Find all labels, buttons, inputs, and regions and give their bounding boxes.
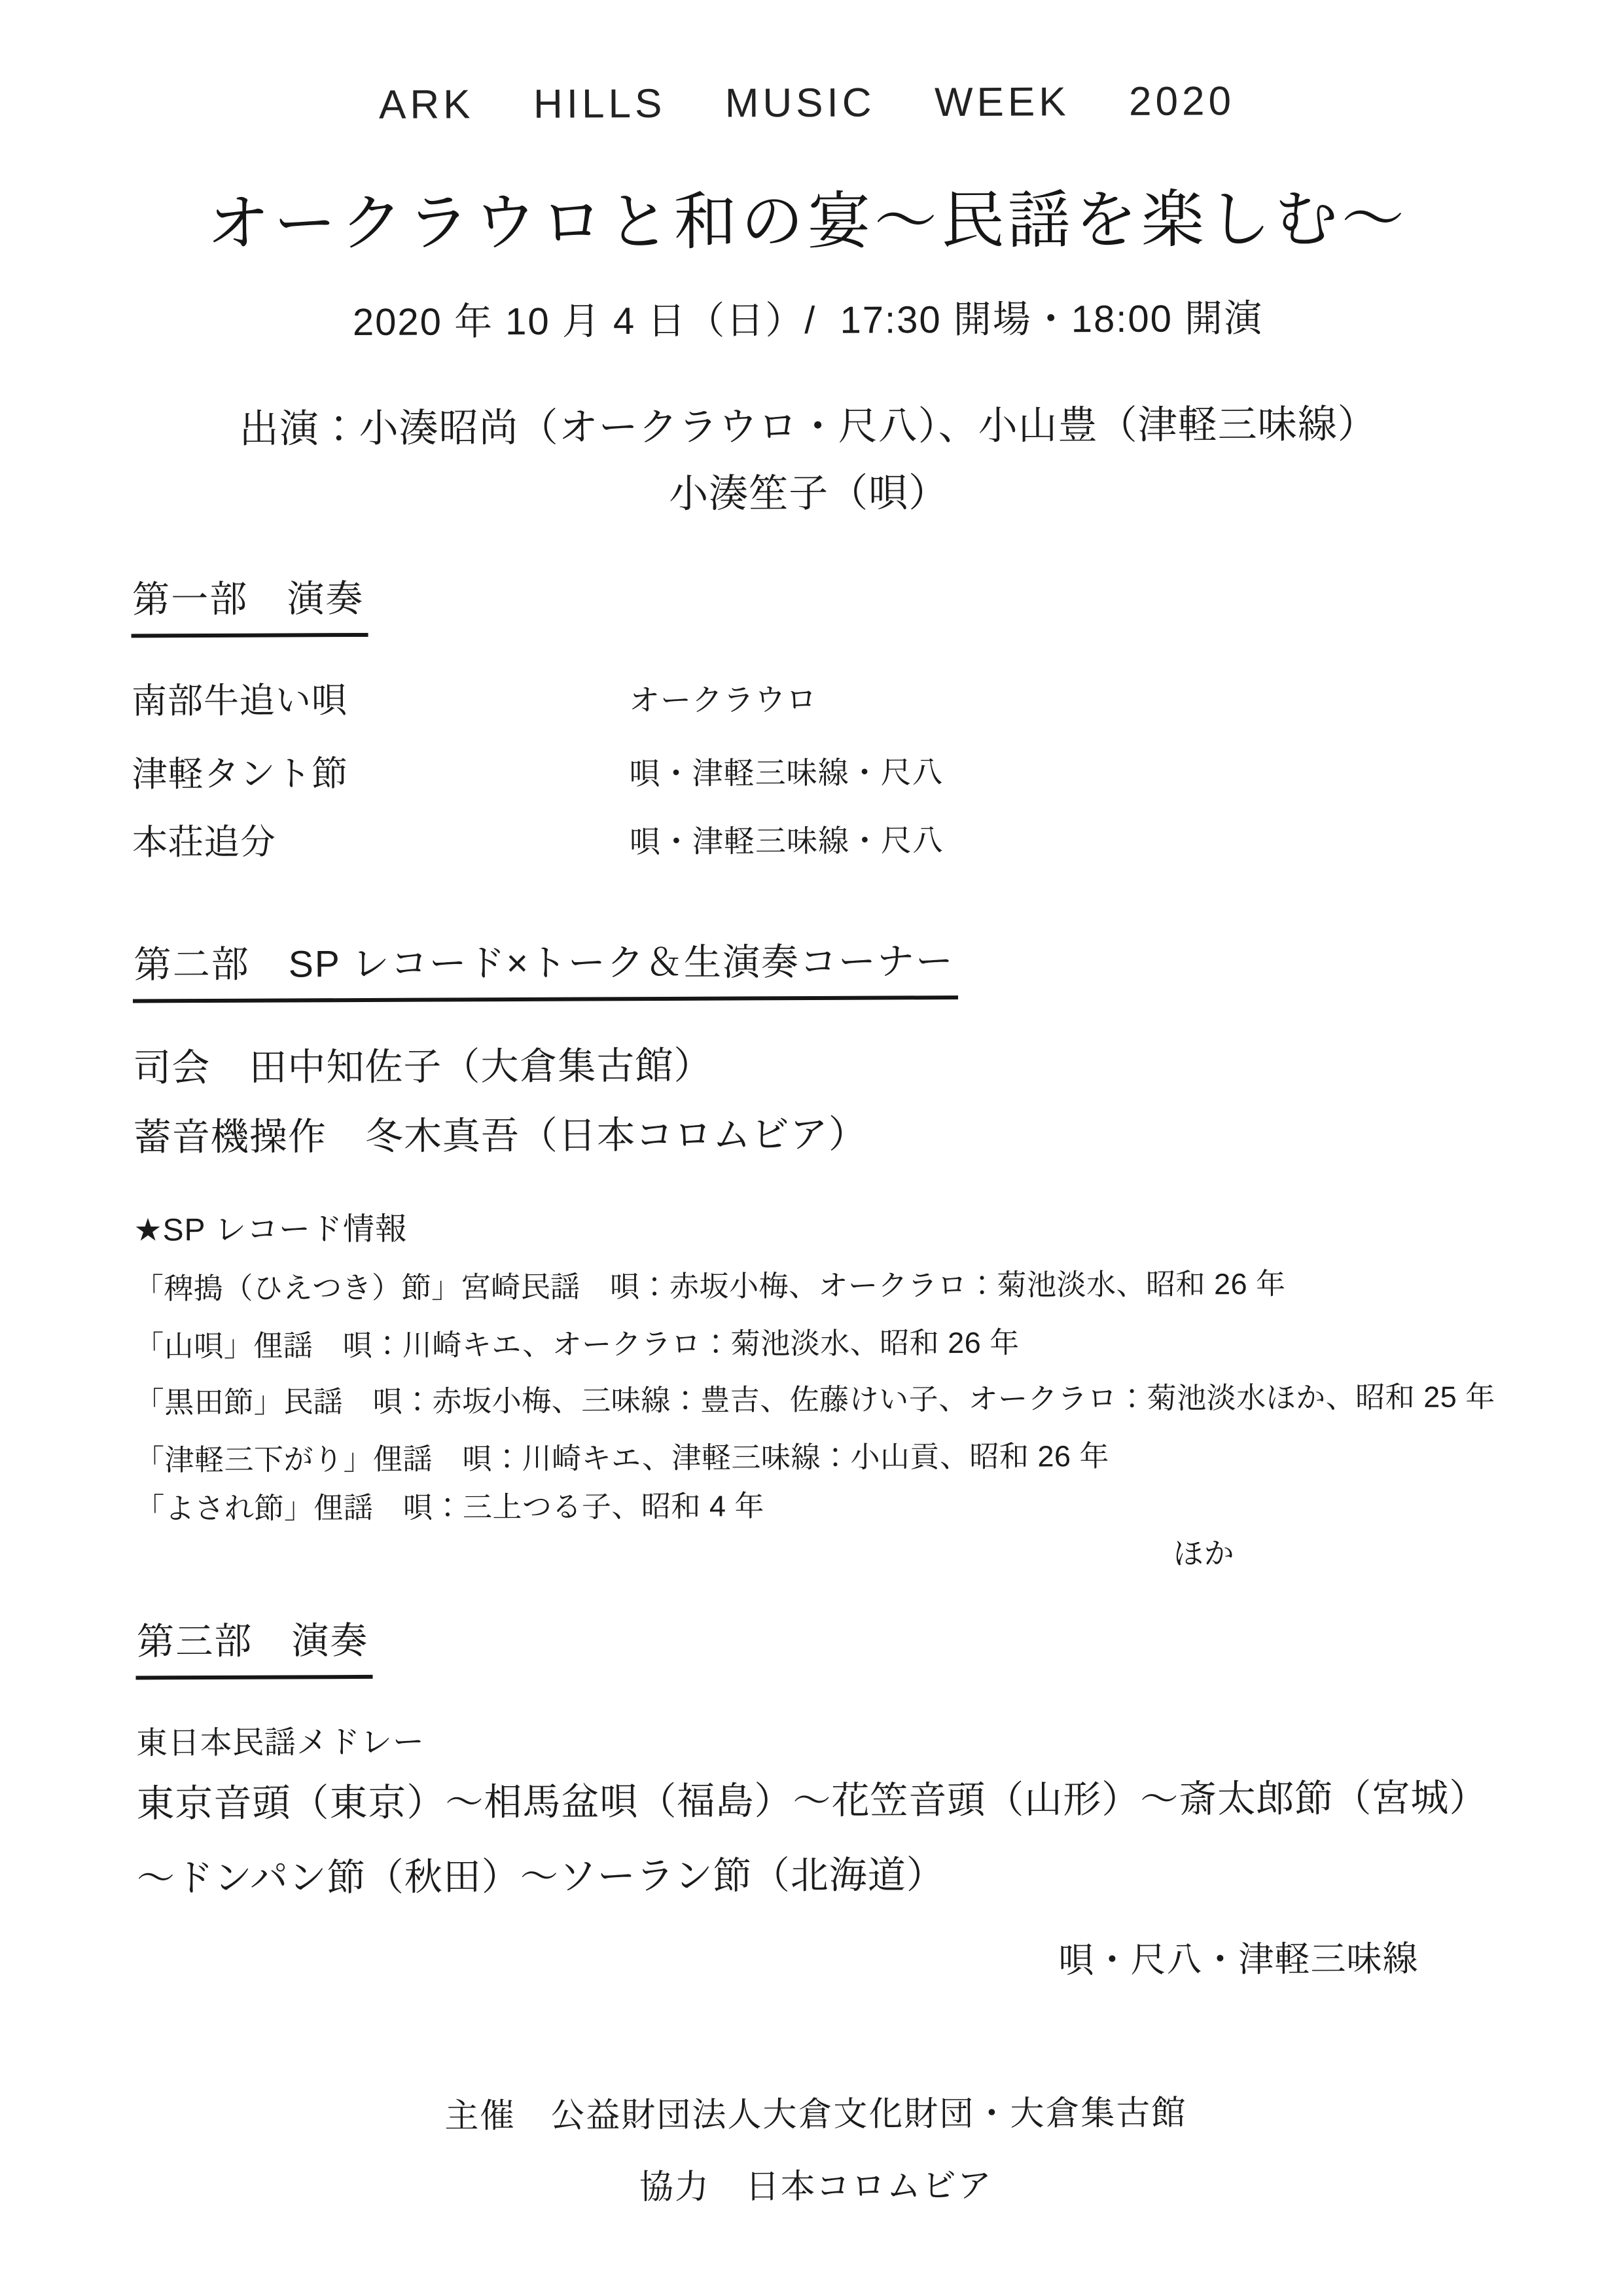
part1-program-row-instruments: 唄・津軽三味線・尺八 — [629, 748, 943, 793]
medley-line-1: 東京音頭（東京）～相馬盆唄（福島）～花笠音頭（山形）～斎太郎節（宮城） — [136, 1767, 1488, 1828]
medley-label: 東日本民謡メドレー — [136, 1717, 425, 1763]
sp-record-entry: 「山唄」俚謡 唄：川崎キエ、オークラロ：菊池淡水、昭和 26 年 — [134, 1319, 1020, 1365]
cooperation-line: 協力 日本コロムビア — [5, 2155, 1623, 2212]
gramophone-operator-line: 蓄音機操作 冬木真吾（日本コロムビア） — [134, 1103, 867, 1162]
program-page: ARK HILLS MUSIC WEEK 2020 オークラウロと和の宴～民謡を… — [0, 0, 1623, 2296]
part1-program-row-title: 南部牛追い唄 — [132, 672, 348, 723]
organizer-line: 主催 公益財団法人大倉文化財団・大倉集古館 — [4, 2083, 1623, 2140]
sp-record-info-heading: ★SP レコード情報 — [134, 1204, 407, 1250]
mc-line: 司会 田中知佐子（大倉集古館） — [133, 1035, 712, 1092]
sp-record-entry: 「よされ節」俚謡 唄：三上つる子、昭和 4 年 — [135, 1482, 764, 1527]
performers-line-1: 出演：小湊昭尚（オークラウロ・尺八）、小山豊（津軽三味線） — [0, 392, 1620, 456]
part1-program-row-instruments: オークラウロ — [629, 675, 817, 720]
medley-line-2: ～ドンパン節（秋田）～ソーラン節（北海道） — [137, 1844, 945, 1902]
part2-heading: 第二部 SP レコード×トーク＆生演奏コーナー — [133, 931, 959, 1003]
performers-line-2: 小湊笙子（唄） — [0, 459, 1620, 522]
part1-program-row-title: 津軽タント節 — [132, 745, 348, 797]
part1-program-row-instruments: 唄・津軽三味線・尺八 — [630, 816, 944, 861]
part1-heading: 第一部 演奏 — [131, 569, 368, 638]
sp-record-entry: 「津軽三下がり」俚謡 唄：川崎キエ、津軽三味線：小山貢、昭和 26 年 — [135, 1432, 1109, 1479]
scanned-sheet: ARK HILLS MUSIC WEEK 2020 オークラウロと和の宴～民謡を… — [0, 0, 1623, 2296]
event-series-title: ARK HILLS MUSIC WEEK 2020 — [0, 77, 1618, 130]
part1-program-row-title: 本荘追分 — [132, 814, 276, 865]
concert-title: オークラウロと和の宴～民謡を楽しむ～ — [0, 168, 1619, 265]
part3-instruments: 唄・尺八・津軽三味線 — [1058, 1931, 1418, 1982]
part3-heading: 第三部 演奏 — [135, 1611, 372, 1680]
sp-record-entry: 「黒田節」民謡 唄：赤坂小梅、三味線：豊吉、佐藤けい子、オークラロ：菊池淡水ほか… — [135, 1372, 1495, 1421]
sp-record-entry: 「稗搗（ひえつき）節」宮崎民謡 唄：赤坂小梅、オークラロ：菊池淡水、昭和 26 … — [134, 1260, 1286, 1308]
date-time-line: 2020 年 10 月 4 日（日）/ 17:30 開場・18:00 開演 — [0, 286, 1620, 348]
etc-note: ほか — [1173, 1530, 1235, 1573]
